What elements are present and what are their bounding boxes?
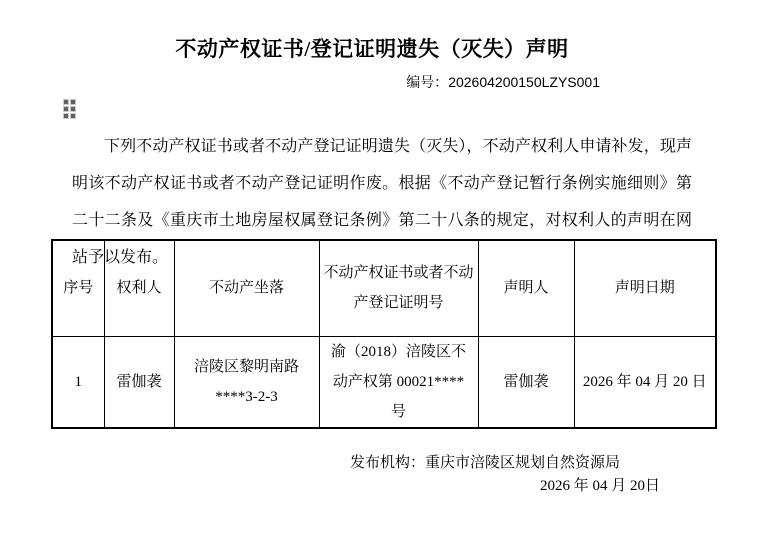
document-page: 不动产权证书/登记证明遗失（灭失）声明 编号：202604200150LZYS0… — [0, 0, 768, 535]
cell-property-location: 涪陵区黎明南路 ****3-2-3 — [174, 336, 319, 428]
col-header-certificate-no: 不动产权证书或者不动 产登记证明号 — [319, 240, 478, 336]
drag-handle-icon[interactable] — [64, 100, 75, 118]
doc-number-label: 编号： — [406, 76, 448, 91]
publisher-line: 发布机构：重庆市涪陵区规划自然资源局 — [350, 451, 620, 472]
col-header-declarant: 声明人 — [478, 240, 574, 336]
footer-date-line: 2026 年 04 月 20日 — [540, 474, 660, 495]
cell-seq-no: 1 — [52, 336, 104, 428]
col-header-seq-no: 序号 — [52, 240, 104, 336]
doc-number: 编号：202604200150LZYS001 — [0, 72, 600, 92]
col-header-property-location: 不动产坐落 — [174, 240, 319, 336]
grip-dot — [64, 107, 68, 111]
page-title: 不动产权证书/登记证明遗失（灭失）声明 — [0, 33, 744, 63]
cell-declaration-date: 2026 年 04 月 20 日 — [574, 336, 716, 428]
cell-declarant: 雷伽袭 — [478, 336, 574, 428]
grip-dot — [71, 107, 75, 111]
col-header-declaration-date: 声明日期 — [574, 240, 716, 336]
doc-number-value: 202604200150LZYS001 — [448, 74, 600, 90]
table-row: 1 雷伽袭 涪陵区黎明南路 ****3-2-3 渝（2018）涪陵区不 动产权第… — [52, 336, 716, 428]
cell-right-holder: 雷伽袭 — [104, 336, 174, 428]
grip-dot — [64, 100, 68, 104]
grip-dot — [71, 114, 75, 118]
col-header-right-holder: 权利人 — [104, 240, 174, 336]
cell-certificate-no: 渝（2018）涪陵区不 动产权第 00021**** 号 — [319, 336, 478, 428]
declaration-table: 序号 权利人 不动产坐落 不动产权证书或者不动 产登记证明号 声明人 声明日期 … — [51, 239, 717, 429]
table-header-row: 序号 权利人 不动产坐落 不动产权证书或者不动 产登记证明号 声明人 声明日期 — [52, 240, 716, 336]
grip-dot — [64, 114, 68, 118]
grip-dot — [71, 100, 75, 104]
